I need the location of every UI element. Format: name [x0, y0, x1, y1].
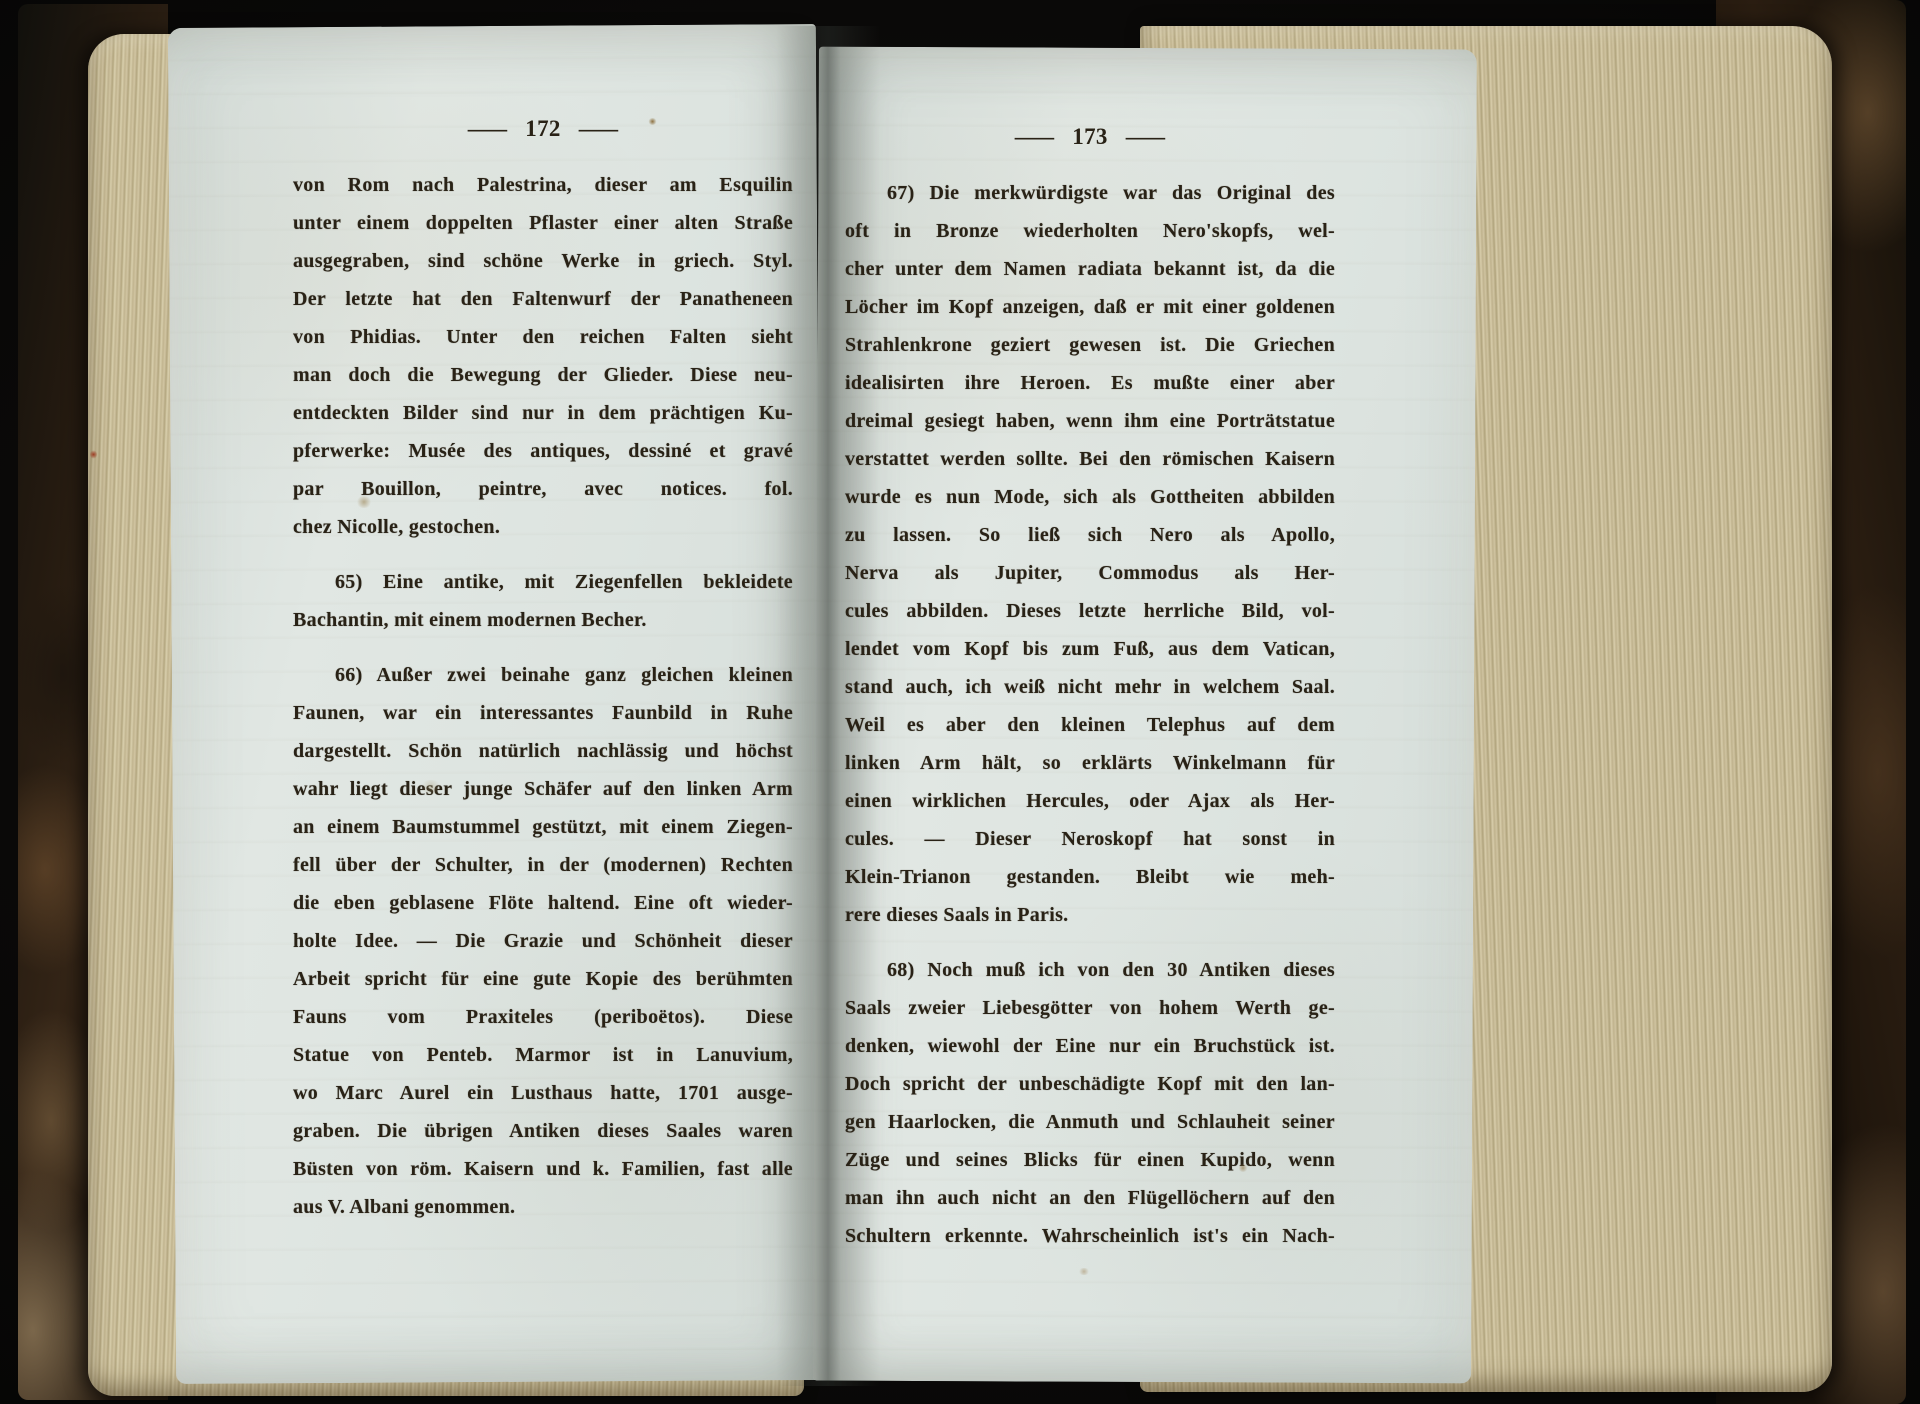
text-line: Schultern erkennte. Wahrscheinlich ist's… [845, 1217, 1335, 1255]
text-line: denken, wiewohl der Eine nur ein Bruchst… [845, 1027, 1335, 1065]
left-page-header: — 172 — [293, 116, 793, 142]
text-line: 68) Noch muß ich von den 30 Antiken dies… [845, 951, 1335, 989]
text-line: gen Haarlocken, die Anmuth und Schlauhei… [845, 1103, 1335, 1141]
text-line: linken Arm hält, so erklärts Winkelmann … [845, 744, 1335, 782]
left-page-body: von Rom nach Palestrina, dieser am Esqui… [293, 166, 793, 1226]
text-line: wurde es nun Mode, sich als Gottheiten a… [845, 478, 1335, 516]
text-line: holte Idee. — Die Grazie und Schönheit d… [293, 922, 793, 960]
text-line: pferwerke: Musée des antiques, dessiné e… [293, 432, 793, 470]
right-page-header: — 173 — [845, 124, 1335, 150]
text-line: Saals zweier Liebesgötter von hohem Wert… [845, 989, 1335, 1027]
text-line: lendet vom Kopf bis zum Fuß, aus dem Vat… [845, 630, 1335, 668]
text-line: dargestellt. Schön natürlich nachlässig … [293, 732, 793, 770]
left-page-text: — 172 — von Rom nach Palestrina, dieser … [293, 116, 793, 1226]
text-line: fell über der Schulter, in der (modernen… [293, 846, 793, 884]
text-line: Nerva als Jupiter, Commodus als Her- [845, 554, 1335, 592]
right-page-number: 173 [1072, 124, 1107, 150]
text-line: Züge und seines Blicks für einen Kupido,… [845, 1141, 1335, 1179]
text-line: graben. Die übrigen Antiken dieses Saale… [293, 1112, 793, 1150]
text-line: entdeckten Bilder sind nur in dem prächt… [293, 394, 793, 432]
text-line: 66) Außer zwei beinahe ganz gleichen kle… [293, 656, 793, 694]
text-line: Löcher im Kopf anzeigen, daß er mit eine… [845, 288, 1335, 326]
text-line: Bachantin, mit einem modernen Becher. [293, 601, 793, 639]
header-dash: — [468, 116, 508, 142]
text-line: Der letzte hat den Faltenwurf der Panath… [293, 280, 793, 318]
left-page-number: 172 [525, 116, 560, 142]
text-line: die eben geblasene Flöte haltend. Eine o… [293, 884, 793, 922]
book-photo: — 172 — von Rom nach Palestrina, dieser … [0, 0, 1920, 1404]
text-line: Büsten von röm. Kaisern und k. Familien,… [293, 1150, 793, 1188]
text-line: rere dieses Saals in Paris. [845, 896, 1335, 934]
text-line: wahr liegt dieser junge Schäfer auf den … [293, 770, 793, 808]
text-line: oft in Bronze wiederholten Nero'skopfs, … [845, 212, 1335, 250]
text-line: unter einem doppelten Pflaster einer alt… [293, 204, 793, 242]
text-line: Statue von Penteb. Marmor ist in Lanuviu… [293, 1036, 793, 1074]
text-line: cules. — Dieser Neroskopf hat sonst in [845, 820, 1335, 858]
text-line: 65) Eine antike, mit Ziegenfellen beklei… [293, 563, 793, 601]
text-line: Weil es aber den kleinen Telephus auf de… [845, 706, 1335, 744]
text-line: chez Nicolle, gestochen. [293, 508, 793, 546]
text-line: wo Marc Aurel ein Lusthaus hatte, 1701 a… [293, 1074, 793, 1112]
right-page-body: 67) Die merkwürdigste war das Original d… [845, 174, 1335, 1255]
text-line: par Bouillon, peintre, avec notices. fol… [293, 470, 793, 508]
header-dash: — [1015, 124, 1055, 150]
header-dash: — [1126, 124, 1166, 150]
text-line: cules abbilden. Dieses letzte herrliche … [845, 592, 1335, 630]
text-line: Fauns vom Praxiteles (periboëtos). Diese [293, 998, 793, 1036]
text-line: ausgegraben, sind schöne Werke in griech… [293, 242, 793, 280]
right-page-text: — 173 — 67) Die merkwürdigste war das Or… [845, 124, 1335, 1255]
text-line: Faunen, war ein interessantes Faunbild i… [293, 694, 793, 732]
text-line: einen wirklichen Hercules, oder Ajax als… [845, 782, 1335, 820]
text-line: Arbeit spricht für eine gute Kopie des b… [293, 960, 793, 998]
text-line: Strahlenkrone geziert gewesen ist. Die G… [845, 326, 1335, 364]
text-line: dreimal gesiegt haben, wenn ihm eine Por… [845, 402, 1335, 440]
text-line: idealisirten ihre Heroen. Es mußte einer… [845, 364, 1335, 402]
text-line: stand auch, ich weiß nicht mehr in welch… [845, 668, 1335, 706]
text-line: zu lassen. So ließ sich Nero als Apollo, [845, 516, 1335, 554]
paragraph: 65) Eine antike, mit Ziegenfellen beklei… [293, 563, 793, 639]
text-line: Doch spricht der unbeschädigte Kopf mit … [845, 1065, 1335, 1103]
text-line: verstattet werden sollte. Bei den römisc… [845, 440, 1335, 478]
text-line: von Phidias. Unter den reichen Falten si… [293, 318, 793, 356]
text-line: an einem Baumstummel gestützt, mit einem… [293, 808, 793, 846]
paragraph: 66) Außer zwei beinahe ganz gleichen kle… [293, 656, 793, 1226]
paragraph: 67) Die merkwürdigste war das Original d… [845, 174, 1335, 934]
text-line: cher unter dem Namen radiata bekannt ist… [845, 250, 1335, 288]
text-line: 67) Die merkwürdigste war das Original d… [845, 174, 1335, 212]
text-line: man doch die Bewegung der Glieder. Diese… [293, 356, 793, 394]
paragraph: 68) Noch muß ich von den 30 Antiken dies… [845, 951, 1335, 1255]
text-line: aus V. Albani genommen. [293, 1188, 793, 1226]
paragraph: von Rom nach Palestrina, dieser am Esqui… [293, 166, 793, 546]
header-dash: — [579, 116, 619, 142]
text-line: von Rom nach Palestrina, dieser am Esqui… [293, 166, 793, 204]
text-line: man ihn auch nicht an den Flügellöchern … [845, 1179, 1335, 1217]
text-line: Klein-Trianon gestanden. Bleibt wie meh- [845, 858, 1335, 896]
